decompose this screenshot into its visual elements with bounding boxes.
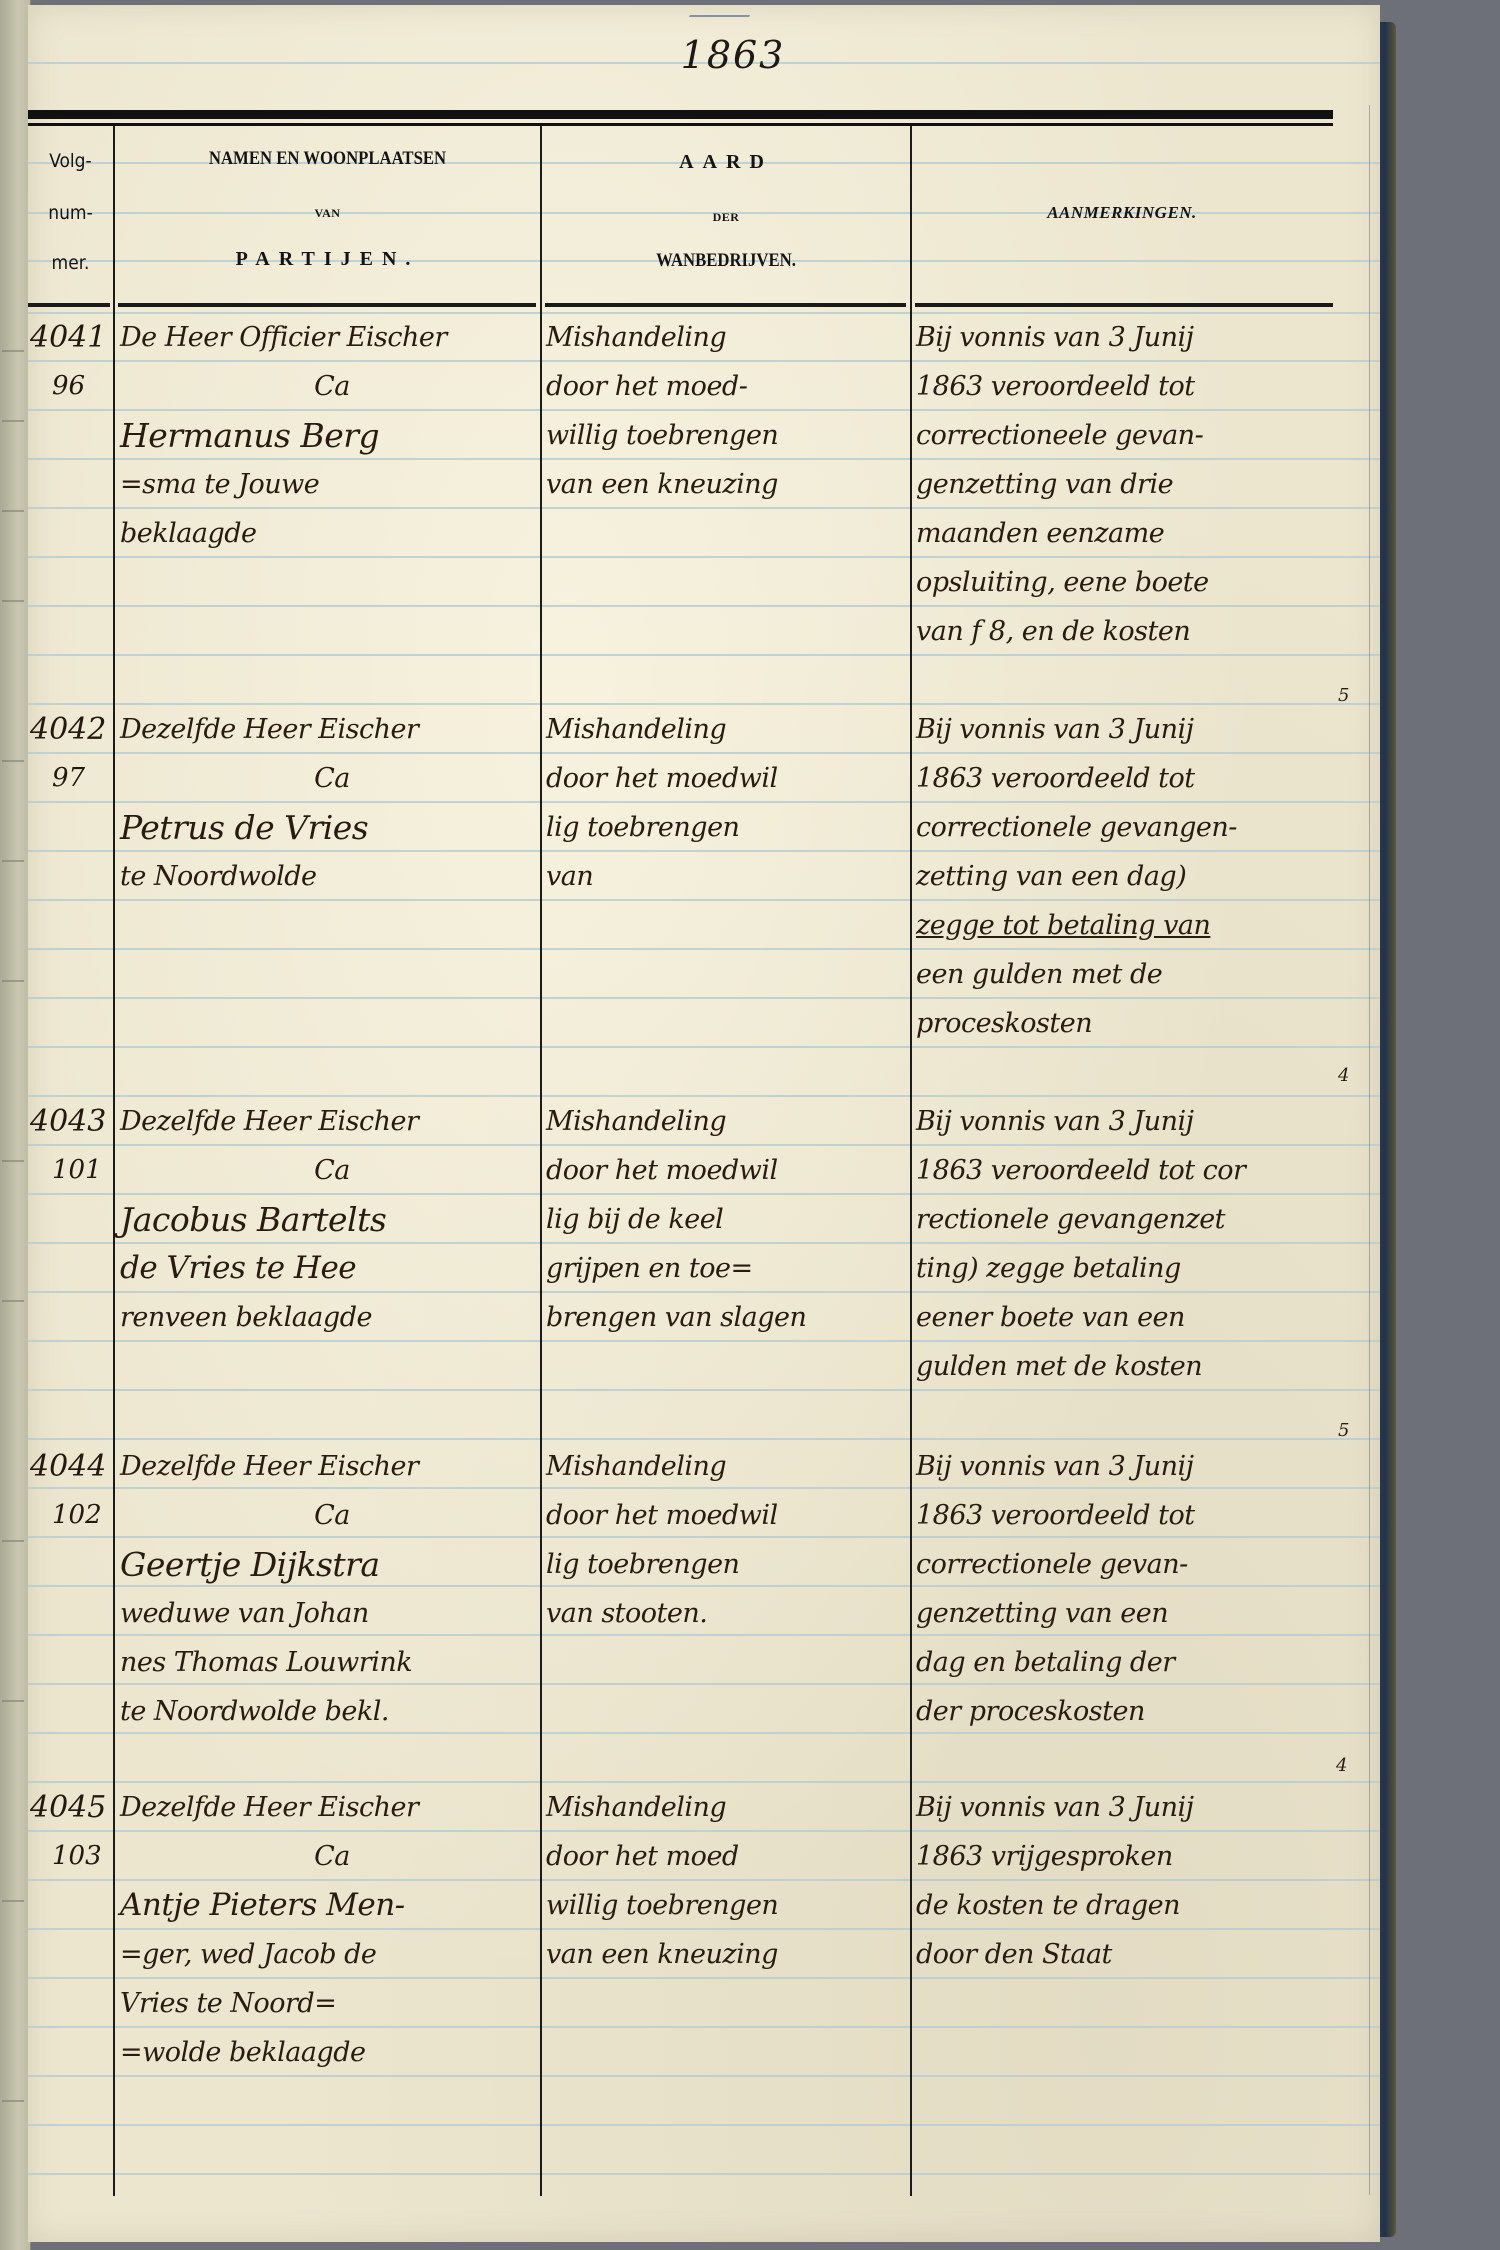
header-volgnummer: Volg- num- mer. [28, 126, 113, 303]
entry-sub-number: 96 [30, 362, 115, 411]
header-bottom-rule [545, 303, 906, 307]
entry-remarks: Bij vonnis van 3 Junij 1863 veroordeeld … [916, 705, 1336, 1048]
previous-page-edge [0, 0, 31, 2250]
margin-mark: 5 [1338, 685, 1349, 706]
entry-offence: Mishandeling door het moedwil lig bij de… [546, 1097, 914, 1342]
header-aanmerkingen: AANMERKINGEN. [912, 126, 1332, 303]
entry-number: 4043 101 [30, 1097, 115, 1195]
entry-offence: Mishandeling door het moed willig toebre… [546, 1783, 914, 1979]
ruling-line [28, 2124, 1380, 2126]
margin-mark: 5 [1338, 1420, 1349, 1441]
entry-offence: Mishandeling door het moedwil lig toebre… [546, 705, 914, 901]
entry-offence: Mishandeling door het moedwil lig toebre… [546, 1442, 914, 1638]
header-wanbedrijven: AARD DER WANBEDRIJVEN. [542, 126, 910, 303]
entry-sub-number: 102 [30, 1491, 115, 1540]
entry-remarks: Bij vonnis van 3 Junij 1863 vrijgesproke… [916, 1783, 1336, 1979]
entry-number: 4045 103 [30, 1783, 115, 1881]
ruling-line [28, 1438, 1380, 1440]
entry-offence: Mishandeling door het moed- willig toebr… [546, 313, 914, 509]
entry-number: 4042 97 [30, 705, 115, 803]
header-top-rule [28, 110, 1333, 119]
entry-parties: De Heer Officier Eischer Ca Hermanus Ber… [120, 313, 544, 558]
entry-sub-number: 97 [30, 754, 115, 803]
entry-parties: Dezelfde Heer Eischer Ca Antje Pieters M… [120, 1783, 544, 2077]
page-right-edge-line [1369, 105, 1370, 2195]
book-binding-edge [1378, 22, 1396, 2237]
header-bottom-rule [915, 303, 1333, 307]
header-partijen: NAMEN EN WOONPLAATSEN VAN PARTIJEN. [115, 126, 540, 303]
header-bottom-rule [118, 303, 536, 307]
entry-remarks: Bij vonnis van 3 Junij 1863 veroordeeld … [916, 313, 1336, 656]
ledger-page: 1863 Volg- num- mer. NAMEN EN WOONPLAATS… [28, 5, 1380, 2242]
entry-parties: Dezelfde Heer Eischer Ca Geertje Dijkstr… [120, 1442, 544, 1736]
entry-number: 4044 102 [30, 1442, 115, 1540]
entry-remarks: Bij vonnis van 3 Junij 1863 veroordeeld … [916, 1442, 1336, 1736]
header-bottom-rule [28, 303, 110, 307]
entry-parties: Dezelfde Heer Eischer Ca Petrus de Vries… [120, 705, 544, 901]
margin-mark: 4 [1336, 1755, 1347, 1776]
page-year: 1863 [663, 33, 803, 77]
entry-sub-number: 103 [30, 1832, 115, 1881]
margin-mark: 4 [1338, 1065, 1349, 1086]
entry-parties: Dezelfde Heer Eischer Ca Jacobus Bartelt… [120, 1097, 544, 1342]
faint-ink-mark [689, 3, 757, 17]
entry-remarks: Bij vonnis van 3 Junij 1863 veroordeeld … [916, 1097, 1336, 1391]
ruling-line [28, 2173, 1380, 2175]
entry-number: 4041 96 [30, 313, 115, 411]
entry-sub-number: 101 [30, 1146, 115, 1195]
